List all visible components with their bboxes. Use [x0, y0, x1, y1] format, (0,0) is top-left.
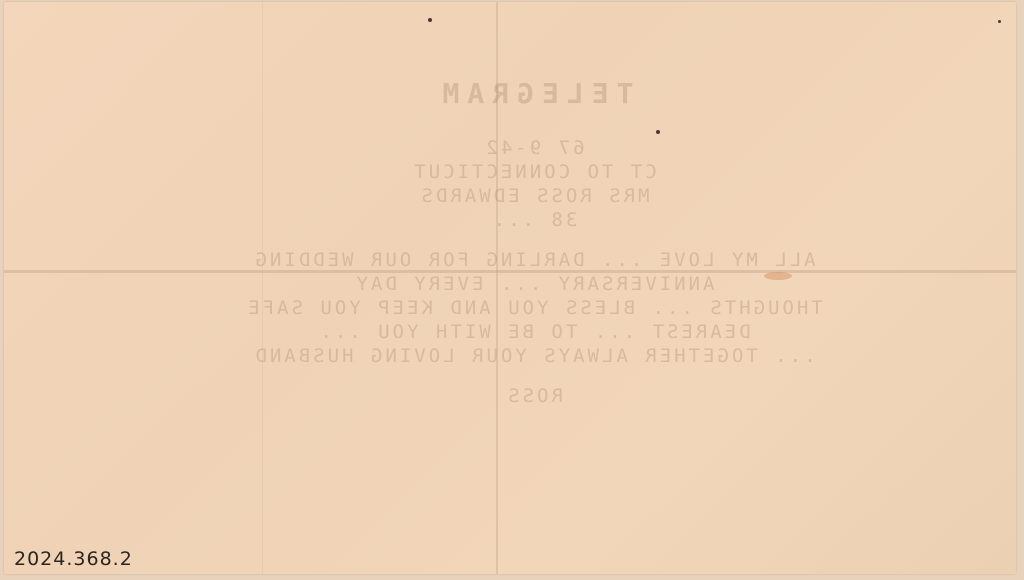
bleed-line: ... TOGETHER ALWAYS YOUR LOVING HUSBAND	[184, 344, 884, 368]
bleed-line: 67 9-42	[184, 136, 884, 160]
bleed-line: CT TO CONNECTICUT	[184, 160, 884, 184]
speck	[428, 18, 432, 22]
bleed-through-text: TELEGRAM 67 9-42 CT TO CONNECTICUT MRS R…	[184, 82, 884, 408]
bleed-line: ALL MY LOVE ... DARLING FOR OUR WEDDING	[184, 248, 884, 272]
bleed-line: 38 ...	[184, 208, 884, 232]
catalog-number: 2024.368.2	[14, 548, 133, 570]
bleed-line: MRS ROSS EDWARDS	[184, 184, 884, 208]
bleed-line: ANNIVERSARY ... EVERY DAY	[184, 272, 884, 296]
speck	[998, 20, 1001, 23]
telegram-paper: TELEGRAM 67 9-42 CT TO CONNECTICUT MRS R…	[4, 2, 1016, 574]
bleed-line: THOUGHTS ... BLESS YOU AND KEEP YOU SAFE	[184, 296, 884, 320]
bleed-line: DEAREST ... TO BE WITH YOU ...	[184, 320, 884, 344]
bleed-title: TELEGRAM	[184, 82, 884, 106]
bleed-signature: ROSS	[184, 384, 884, 408]
